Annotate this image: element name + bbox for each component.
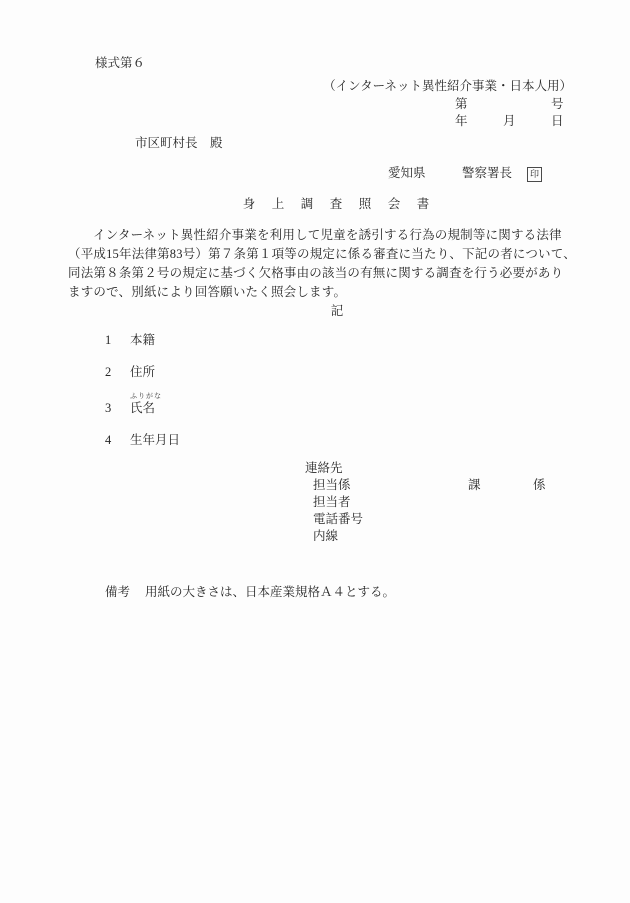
addressee-label: 市区町村長 殿 [135, 136, 223, 152]
contact-phone-label: 電話番号 [313, 512, 363, 528]
list-item: 3氏名 [105, 401, 155, 417]
contact-subsection-label: 係 [533, 478, 546, 494]
list-item-number: 3 [105, 401, 130, 417]
body-paragraph-line: 同法第８条第２号の規定に基づく欠格事由の該当の有無に関する調査を行う必要があり [68, 266, 563, 282]
list-item: 4生年月日 [105, 433, 180, 449]
list-item: 2住所 [105, 365, 155, 381]
contact-division-label: 課 [468, 478, 481, 494]
list-item-label: 生年月日 [130, 433, 180, 447]
list-heading: 記 [0, 304, 630, 320]
list-item-label: 住所 [130, 365, 155, 379]
form-number-label: 様式第６ [95, 56, 145, 72]
list-item-number: 2 [105, 365, 130, 381]
list-item-label: 氏名 [130, 401, 155, 415]
body-paragraph-line: （平成15年法律第83号）第７条第１項等の規定に係る審査に当たり、下記の者につい… [68, 247, 576, 263]
document-page: 様式第６ （インターネット異性紹介事業・日本人用） 第 号 年 月 日 市区町村… [0, 0, 630, 903]
furigana-note: ふりがな [130, 392, 162, 401]
page-title: 身 上 調 査 照 会 書 [0, 197, 630, 213]
sender-office-title: 警察署長 [462, 166, 512, 182]
body-paragraph-line: インターネット異性紹介事業を利用して児童を誘引する行為の規制等に関する法律 [93, 228, 562, 244]
contact-section-label: 担当係 [313, 478, 351, 494]
contact-extension-label: 内線 [313, 529, 338, 545]
date-month-label: 月 [503, 114, 516, 130]
date-day-label: 日 [551, 114, 564, 130]
remarks-label: 備考 [105, 585, 130, 599]
seal-mark-icon: 印 [527, 167, 542, 182]
list-item-number: 4 [105, 433, 130, 449]
body-paragraph-line: ますので、別紙により回答願いたく照会します。 [68, 285, 346, 301]
date-year-label: 年 [455, 114, 468, 130]
list-item: 1本籍 [105, 333, 155, 349]
usage-note: （インターネット異性紹介事業・日本人用） [323, 79, 572, 95]
remarks-text: 用紙の大きさは、日本産業規格Ａ４とする。 [145, 585, 395, 599]
doc-number-suffix: 号 [551, 97, 564, 113]
contact-heading: 連絡先 [305, 461, 343, 477]
doc-number-prefix: 第 [455, 97, 468, 113]
list-item-number: 1 [105, 333, 130, 349]
remarks-row: 備考用紙の大きさは、日本産業規格Ａ４とする。 [105, 585, 395, 601]
sender-prefecture: 愛知県 [388, 166, 426, 182]
list-item-label: 本籍 [130, 333, 155, 347]
contact-person-label: 担当者 [313, 495, 351, 511]
